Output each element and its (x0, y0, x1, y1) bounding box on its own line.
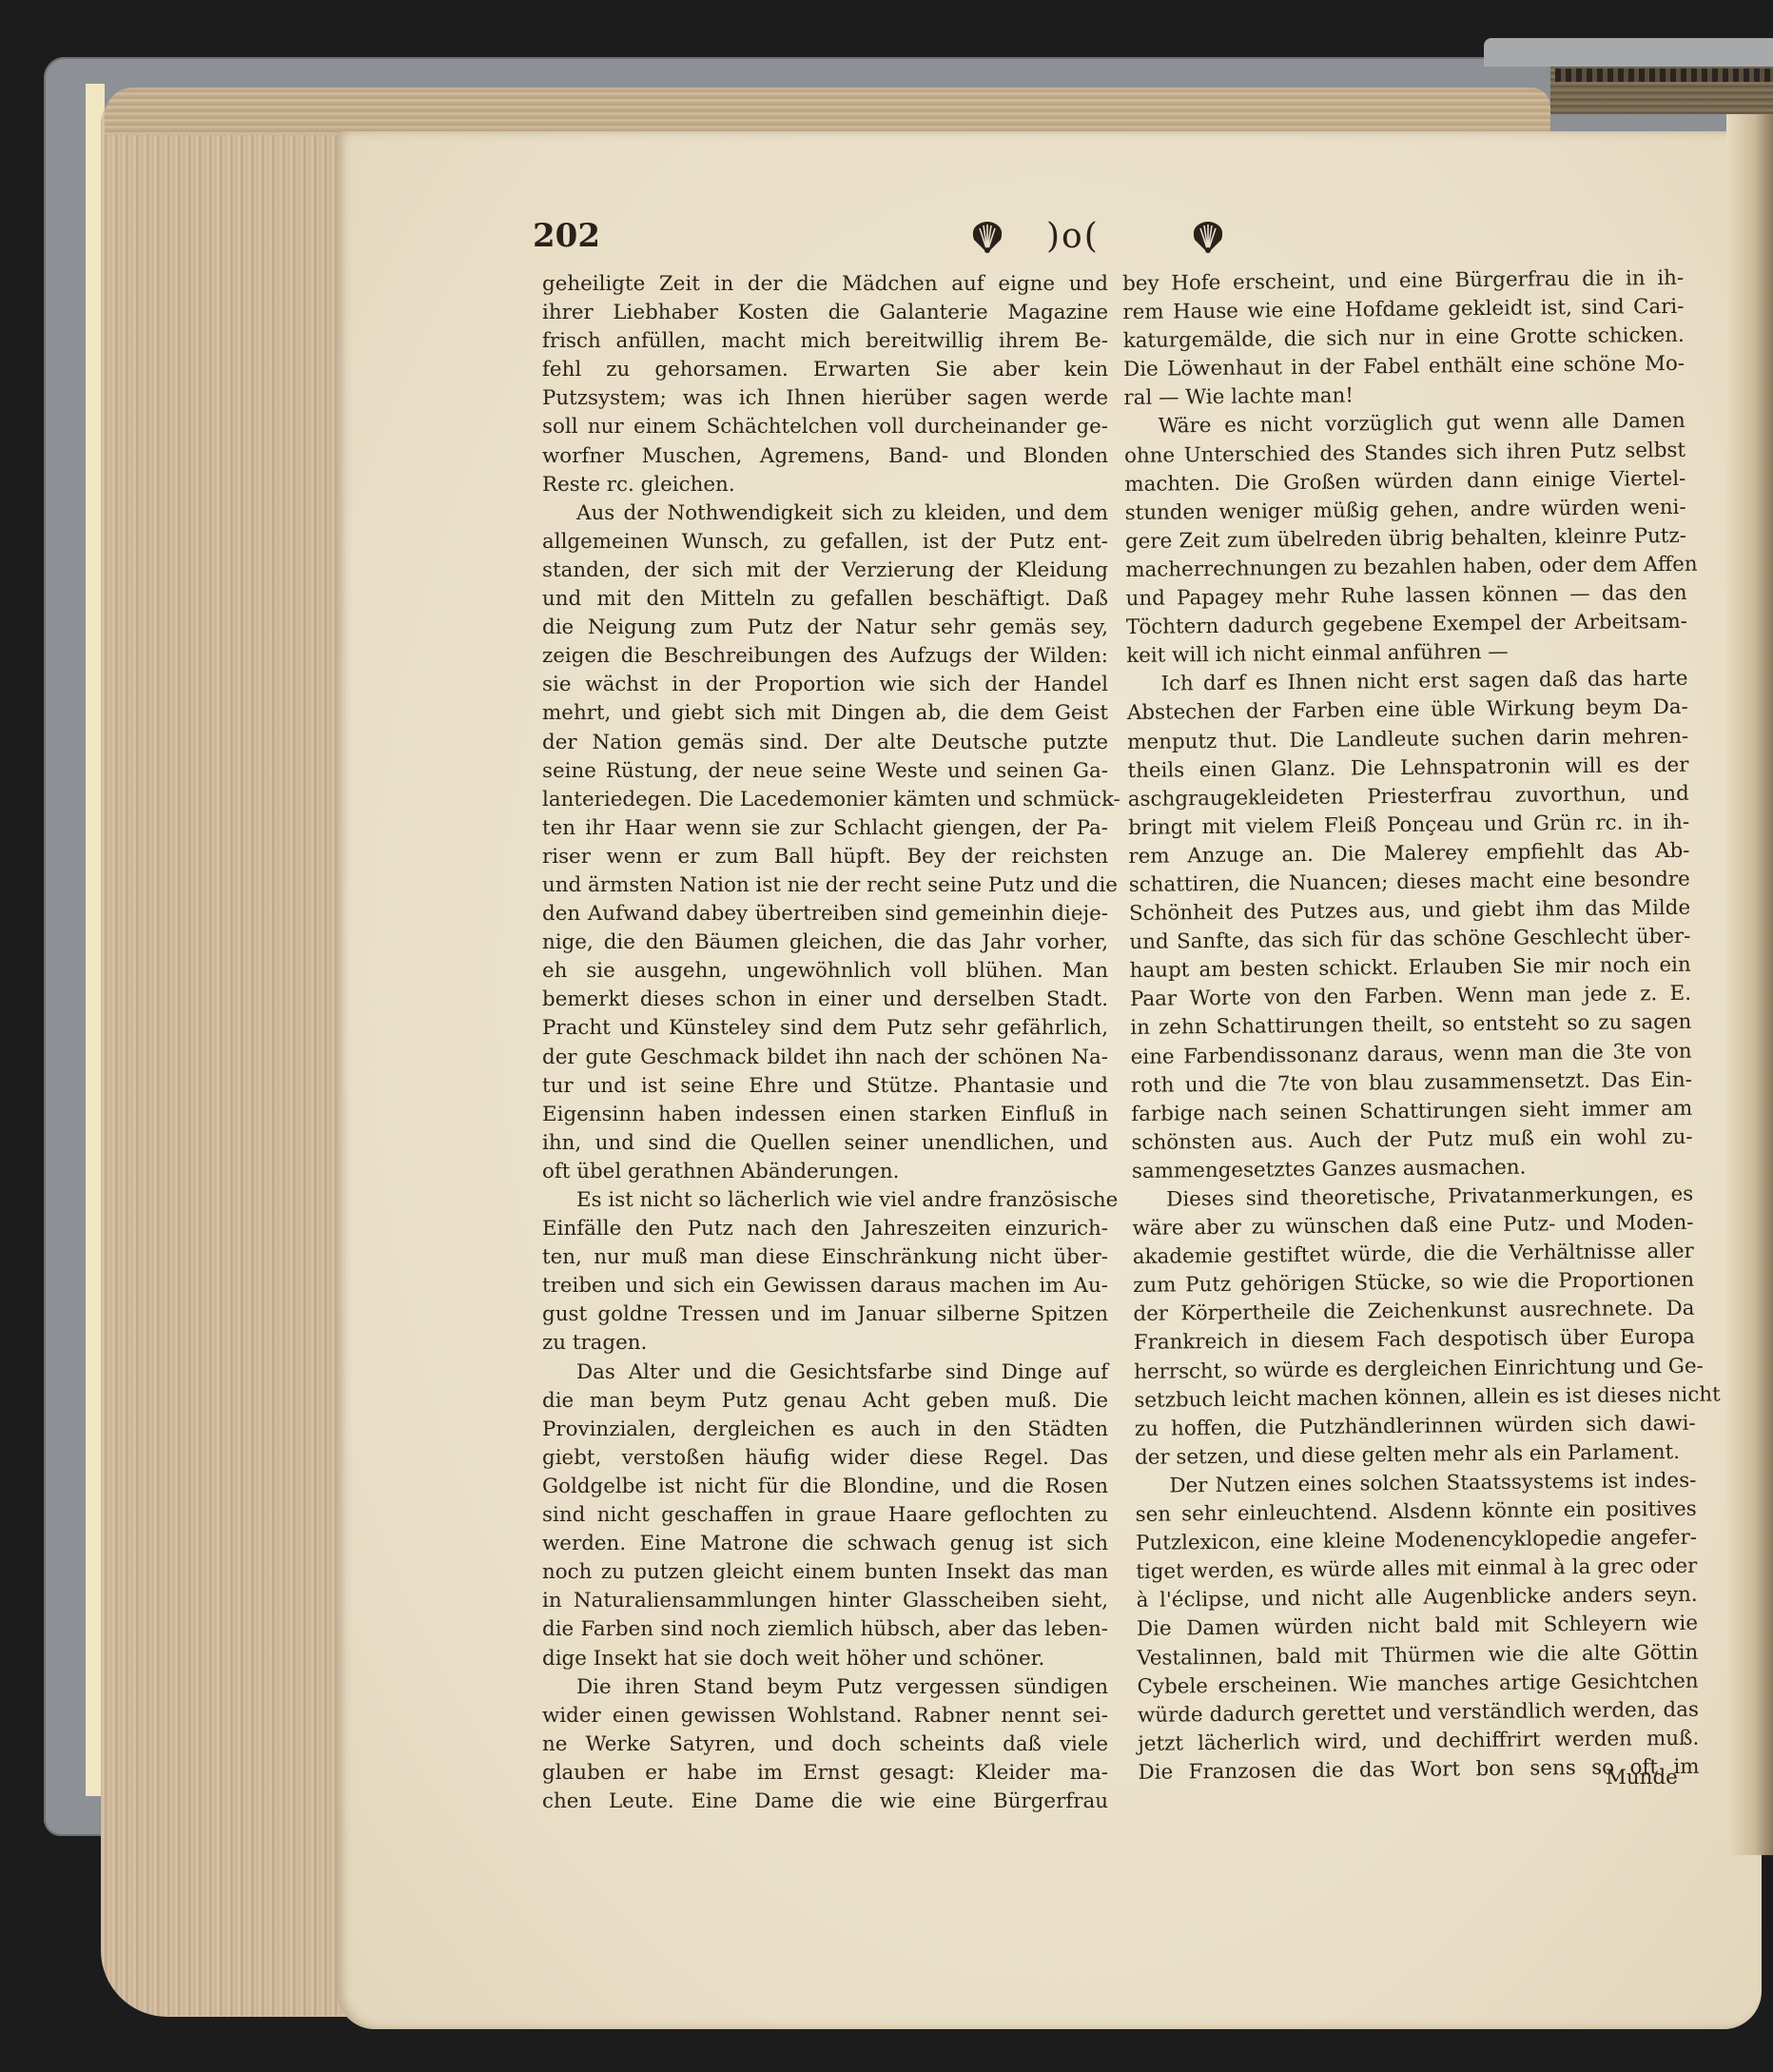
text-line: Eigensinn haben indessen einen starken E… (542, 1101, 1108, 1129)
text-line: und ärmsten Nation ist nie der recht sei… (542, 871, 1108, 900)
text-line: die man beym Putz genau Acht geben muß. … (542, 1387, 1108, 1416)
text-line: lanteriedegen. Die Lacedemonier kämten u… (542, 786, 1108, 814)
paragraph: Der Nutzen eines solchen Staatssystems i… (1135, 1467, 1699, 1788)
running-header: 202 )o( (533, 217, 1275, 264)
text-line: tur und ist seine Ehre und Stütze. Phant… (542, 1072, 1108, 1101)
text-line: worfner Muschen, Agremens, Band- und Blo… (542, 442, 1108, 471)
text-line: Goldgelbe ist nicht für die Blondine, un… (542, 1473, 1108, 1501)
text-line: ihn, und sind die Quellen seiner unendli… (542, 1129, 1108, 1158)
text-line: Einfälle den Putz nach den Jahreszeiten … (542, 1215, 1108, 1243)
text-line: geheiligte Zeit in der die Mädchen auf e… (542, 270, 1108, 299)
text-line: ihrer Liebhaber Kosten die Galanterie Ma… (542, 299, 1108, 327)
headband (1555, 68, 1773, 82)
text-line: noch zu putzen gleicht einem bunten Inse… (542, 1558, 1108, 1587)
text-line: der gute Geschmack bildet ihn nach der s… (542, 1044, 1108, 1072)
text-line: allgemeinen Wunsch, zu gefallen, ist der… (542, 528, 1108, 557)
text-line: wider einen gewissen Wohlstand. Rabner n… (542, 1702, 1108, 1730)
text-line: Die ihren Stand beym Putz vergessen sünd… (542, 1673, 1108, 1702)
paragraph: bey Hofe erscheint, und eine Bürgerfrau … (1122, 264, 1685, 414)
paragraph: Das Alter und die Gesichtsfarbe sind Din… (542, 1359, 1108, 1673)
paragraph: Dieses sind theoretische, Privatanmerkun… (1132, 1181, 1696, 1473)
text-line: in Naturaliensammlungen hinter Glasschei… (542, 1587, 1108, 1615)
page-gutter (1726, 114, 1773, 1855)
text-line: ten ihr Haar wenn sie zur Schlacht gieng… (542, 814, 1108, 843)
text-line: Provinzialen, dergleichen es auch in den… (542, 1416, 1108, 1444)
left-column: geheiligte Zeit in der die Mädchen auf e… (542, 270, 1108, 1816)
text-line: mehrt, und giebt sich mit Dingen ab, die… (542, 699, 1108, 728)
text-line: chen Leute. Eine Dame die wie eine Bürge… (542, 1788, 1108, 1816)
catchword: Munde (1606, 1766, 1678, 1789)
text-line: fehl zu gehorsamen. Erwarten Sie aber ke… (542, 356, 1108, 384)
text-line: werden. Eine Matrone die schwach genug i… (542, 1530, 1108, 1558)
text-line: eh sie ausgehn, ungewöhnlich voll blühen… (542, 957, 1108, 986)
text-line: Das Alter und die Gesichtsfarbe sind Din… (542, 1359, 1108, 1387)
text-line: sie wächst in der Proportion wie sich de… (542, 671, 1108, 699)
paragraph: Ich darf es Ihnen nicht erst sagen daß d… (1126, 665, 1693, 1186)
text-line: den Aufwand dabey übertreiben sind gemei… (542, 900, 1108, 928)
text-line: standen, der sich mit der Verzierung der… (542, 557, 1108, 585)
text-line: zeigen die Beschreibungen des Aufzugs de… (542, 642, 1108, 671)
paragraph: Wäre es nicht vorzüglich gut wenn alle D… (1124, 407, 1688, 671)
header-divider: )o( (1046, 217, 1100, 256)
page-edges-left (101, 95, 348, 2017)
shell-ornament-icon (1189, 219, 1227, 257)
paragraph: geheiligte Zeit in der die Mädchen auf e… (542, 270, 1108, 499)
text-line: soll nur einem Schächtelchen voll durche… (542, 413, 1108, 441)
book-cover-top-edge (1484, 38, 1773, 67)
text-line: ne Werke Satyren, und doch scheints daß … (542, 1730, 1108, 1759)
text-line: glauben er habe im Ernst gesagt: Kleider… (542, 1759, 1108, 1788)
text-line: Aus der Nothwendigkeit sich zu kleiden, … (542, 499, 1108, 528)
text-line: ten, nur muß man diese Einschränkung nic… (542, 1243, 1108, 1272)
text-line: die Farben sind noch ziemlich hübsch, ab… (542, 1615, 1108, 1644)
paragraph: Es ist nicht so lächerlich wie viel andr… (542, 1186, 1108, 1359)
text-line: frisch anfüllen, macht mich bereitwillig… (542, 327, 1108, 356)
text-line: gust goldne Tressen und im Januar silber… (542, 1300, 1108, 1329)
text-line: der Nation gemäs sind. Der alte Deutsche… (542, 729, 1108, 757)
text-line: zu tragen. (542, 1329, 1108, 1358)
paragraph: Die ihren Stand beym Putz vergessen sünd… (542, 1673, 1108, 1816)
page-number: 202 (533, 217, 600, 255)
text-line: schönsten aus. Auch der Putz muß ein woh… (1131, 1124, 1692, 1158)
text-line: dige Insekt hat sie doch weit höher und … (542, 1645, 1108, 1673)
text-line: die Neigung zum Putz der Natur sehr gemä… (542, 614, 1108, 642)
text-line: Es ist nicht so lächerlich wie viel andr… (542, 1186, 1108, 1215)
right-column: bey Hofe erscheint, und eine Bürgerfrau … (1122, 264, 1700, 1788)
shell-ornament-icon (968, 219, 1006, 257)
text-line: treiben und sich ein Gewissen daraus mac… (542, 1272, 1108, 1300)
text-line: bemerkt dieses schon in einer und dersel… (542, 986, 1108, 1014)
text-line: Putzsystem; was ich Ihnen hierüber sagen… (542, 384, 1108, 413)
text-line: Pracht und Künsteley sind dem Putz sehr … (542, 1014, 1108, 1043)
text-line: und mit den Mitteln zu gefallen beschäft… (542, 585, 1108, 614)
text-line: oft übel gerathnen Abänderungen. (542, 1158, 1108, 1186)
text-line: riser wenn er zum Ball hüpft. Bey der re… (542, 843, 1108, 871)
paragraph: Aus der Nothwendigkeit sich zu kleiden, … (542, 499, 1108, 1186)
text-line: sind nicht geschaffen in graue Haare gef… (542, 1501, 1108, 1530)
text-line: giebt, verstoßen häufig wider diese Rege… (542, 1444, 1108, 1473)
text-line: nige, die den Bäumen gleichen, die das J… (542, 928, 1108, 957)
text-line: Reste rc. gleichen. (542, 471, 1108, 499)
page-edges-top (105, 88, 1550, 135)
text-line: seine Rüstung, der neue seine Weste und … (542, 757, 1108, 786)
